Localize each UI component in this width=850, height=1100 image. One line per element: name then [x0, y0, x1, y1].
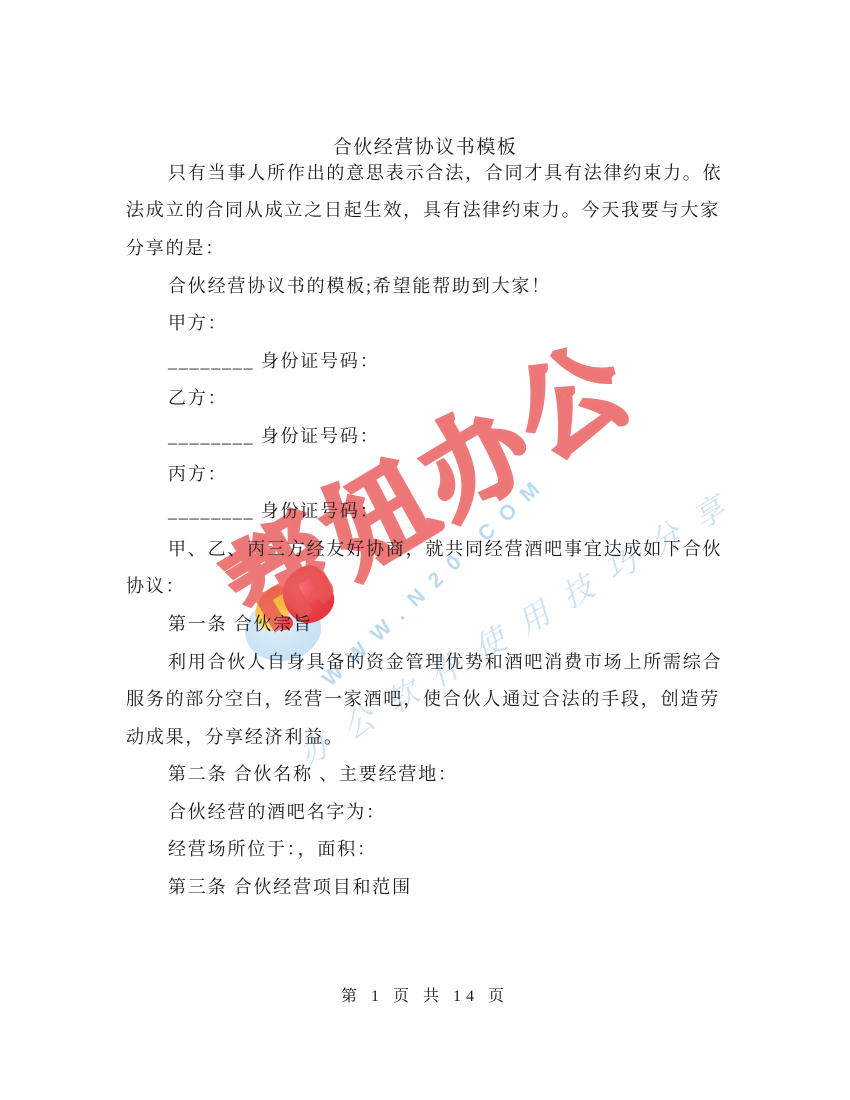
- document-line: 乙方：: [126, 379, 732, 417]
- document-line: 甲方：: [126, 303, 732, 341]
- document-page: 帮妞办公 WWW.N20.COM 办公软件使用技巧分享 合伙经营协议书模板 只有…: [0, 0, 850, 1100]
- document-line: 合伙经营协议书的模板;希望能帮助到大家！: [126, 266, 732, 304]
- document-line: 第二条 合伙名称 、主要经营地：: [126, 755, 732, 793]
- document-line: 分享的是：: [126, 228, 732, 266]
- document-line: 只有当事人所作出的意思表示合法，合同才具有法律约束力。依: [126, 153, 732, 191]
- document-line: 第三条 合伙经营项目和范围: [126, 867, 732, 905]
- document-line: 第一条 合伙宗旨: [126, 604, 732, 642]
- document-line: 动成果，分享经济利益。: [126, 717, 732, 755]
- document-line: ________ 身份证号码：: [126, 341, 732, 379]
- document-line: 合伙经营的酒吧名字为：: [126, 792, 732, 830]
- document-line: 丙方：: [126, 454, 732, 492]
- document-line: 甲、乙、丙三方经友好协商，就共同经营酒吧事宜达成如下合伙: [126, 529, 732, 567]
- document-content: 合伙经营协议书模板 只有当事人所作出的意思表示合法，合同才具有法律约束力。依法成…: [0, 0, 850, 1100]
- document-line: ________ 身份证号码：: [126, 491, 732, 529]
- document-line: 协议：: [126, 567, 732, 605]
- document-line: 经营场所位于：，面积：: [126, 830, 732, 868]
- document-line: 服务的部分空白，经营一家酒吧，使合伙人通过合法的手段，创造劳: [126, 679, 732, 717]
- document-line: 利用合伙人自身具备的资金管理优势和酒吧消费市场上所需综合: [126, 642, 732, 680]
- document-line: ________ 身份证号码：: [126, 416, 732, 454]
- document-body: 只有当事人所作出的意思表示合法，合同才具有法律约束力。依法成立的合同从成立之日起…: [126, 153, 732, 905]
- document-line: 法成立的合同从成立之日起生效，具有法律约束力。今天我要与大家: [126, 191, 732, 229]
- page-number-footer: 第 1 页 共 14 页: [0, 983, 850, 1006]
